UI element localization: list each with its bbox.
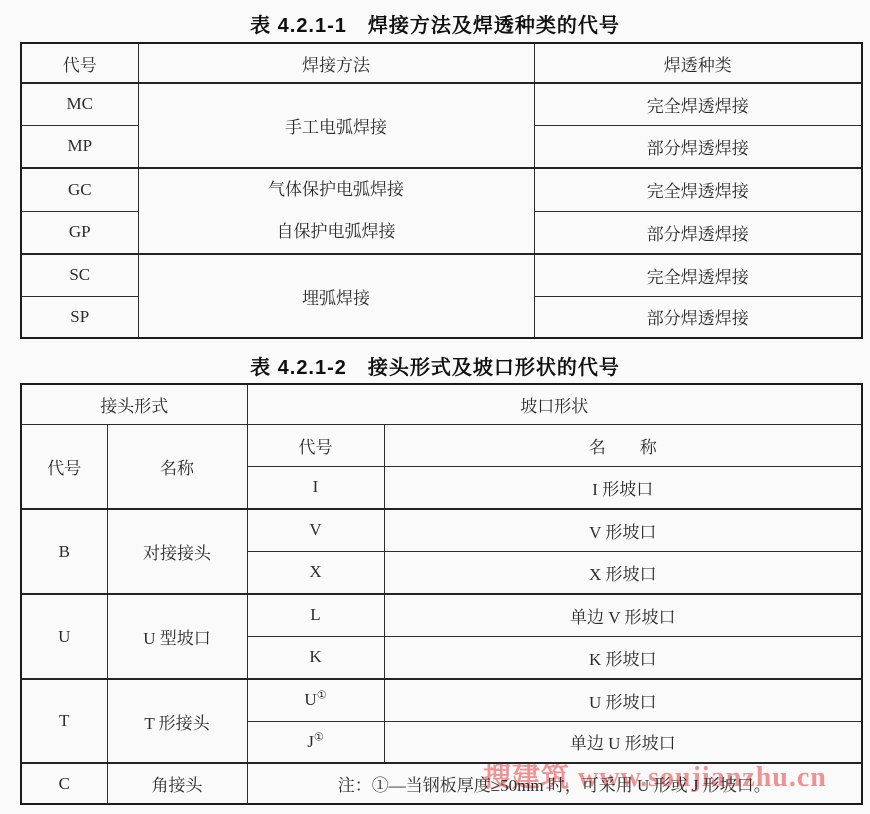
t2-groove-code-j-base: J xyxy=(307,732,314,751)
t2-groove-name-l: 单边 V 形坡口 xyxy=(384,594,862,636)
t2-joint-code-u: U xyxy=(21,594,107,679)
t1-code-gp: GP xyxy=(21,211,138,254)
t1-method-submerged-arc: 埋弧焊接 xyxy=(138,254,534,338)
t2-header-joint-code: 代号 xyxy=(21,424,107,509)
t1-code-gc: GC xyxy=(21,168,138,211)
t2-footnote-marker-j: ① xyxy=(314,731,324,743)
t2-groove-name-j: 单边 U 形坡口 xyxy=(384,721,862,763)
t2-joint-name-u-groove: U 型坡口 xyxy=(107,594,247,679)
t1-method-gas-shielded-line: 气体保护电弧焊接 xyxy=(139,169,534,211)
t2-header-groove-code: 代号 xyxy=(247,424,384,466)
t2-groove-code-v: V xyxy=(247,509,384,551)
t1-type-gp: 部分焊透焊接 xyxy=(534,211,862,254)
t1-type-sp: 部分焊透焊接 xyxy=(534,296,862,338)
t2-groove-code-j-sup: J① xyxy=(247,721,384,763)
t1-type-gc: 完全焊透焊接 xyxy=(534,168,862,211)
t2-joint-code-b: B xyxy=(21,509,107,594)
t2-joint-name-corner: 角接头 xyxy=(107,763,247,804)
t2-groove-name-v: V 形坡口 xyxy=(384,509,862,551)
document-page: 搜建筑 www.soujianzhu.cn 表 4.2.1-1 焊接方法及焊透种… xyxy=(0,0,870,814)
t2-groove-name-i: I 形坡口 xyxy=(384,466,862,509)
t1-type-mp: 部分焊透焊接 xyxy=(534,125,862,168)
t1-method-manual-arc: 手工电弧焊接 xyxy=(138,83,534,168)
t2-groove-name-x: X 形坡口 xyxy=(384,551,862,594)
t1-type-sc: 完全焊透焊接 xyxy=(534,254,862,296)
t1-code-mp: MP xyxy=(21,125,138,168)
t1-header-code: 代号 xyxy=(21,43,138,83)
t2-groove-code-x: X xyxy=(247,551,384,594)
t2-joint-name-butt: 对接接头 xyxy=(107,509,247,594)
t2-header-groove-section: 坡口形状 xyxy=(247,384,862,424)
t2-footnote-marker-u: ① xyxy=(317,690,327,702)
t1-header-method: 焊接方法 xyxy=(138,43,534,83)
t1-method-self-shielded-line: 自保护电弧焊接 xyxy=(139,211,534,253)
t2-joint-code-t: T xyxy=(21,679,107,763)
t1-type-mc: 完全焊透焊接 xyxy=(534,83,862,125)
t2-joint-code-c: C xyxy=(21,763,107,804)
t2-header-groove-name: 名 称 xyxy=(384,424,862,466)
t2-groove-code-i: I xyxy=(247,466,384,509)
table1-title: 表 4.2.1-1 焊接方法及焊透种类的代号 xyxy=(0,9,870,38)
t2-groove-code-k: K xyxy=(247,636,384,679)
t2-header-joint-section: 接头形式 xyxy=(21,384,247,424)
t1-code-mc: MC xyxy=(21,83,138,125)
t1-code-sc: SC xyxy=(21,254,138,296)
t2-groove-code-u-base: U xyxy=(304,690,316,709)
table1-welding-method-codes: 代号 焊接方法 焊透种类 MC 手工电弧焊接 完全焊透焊接 MP 部分焊透焊接 … xyxy=(20,42,863,339)
t2-groove-name-u: U 形坡口 xyxy=(384,679,862,721)
table2-joint-groove-codes: 接头形式 坡口形状 代号 名称 代号 名 称 I I 形坡口 B 对接接头 V … xyxy=(20,383,863,805)
t2-joint-name-t-joint: T 形接头 xyxy=(107,679,247,763)
t2-header-joint-name: 名称 xyxy=(107,424,247,509)
table2-title: 表 4.2.1-2 接头形式及坡口形状的代号 xyxy=(0,351,870,380)
t1-header-type: 焊透种类 xyxy=(534,43,862,83)
t1-code-sp: SP xyxy=(21,296,138,338)
t1-method-gas-self-shielded: 气体保护电弧焊接 自保护电弧焊接 xyxy=(138,168,534,254)
t2-groove-code-u-sup: U① xyxy=(247,679,384,721)
t2-groove-code-l: L xyxy=(247,594,384,636)
t2-footnote: 注：①—当钢板厚度≥50mm 时，可采用 U 形或 J 形坡口。 xyxy=(247,763,862,804)
t2-groove-name-k: K 形坡口 xyxy=(384,636,862,679)
